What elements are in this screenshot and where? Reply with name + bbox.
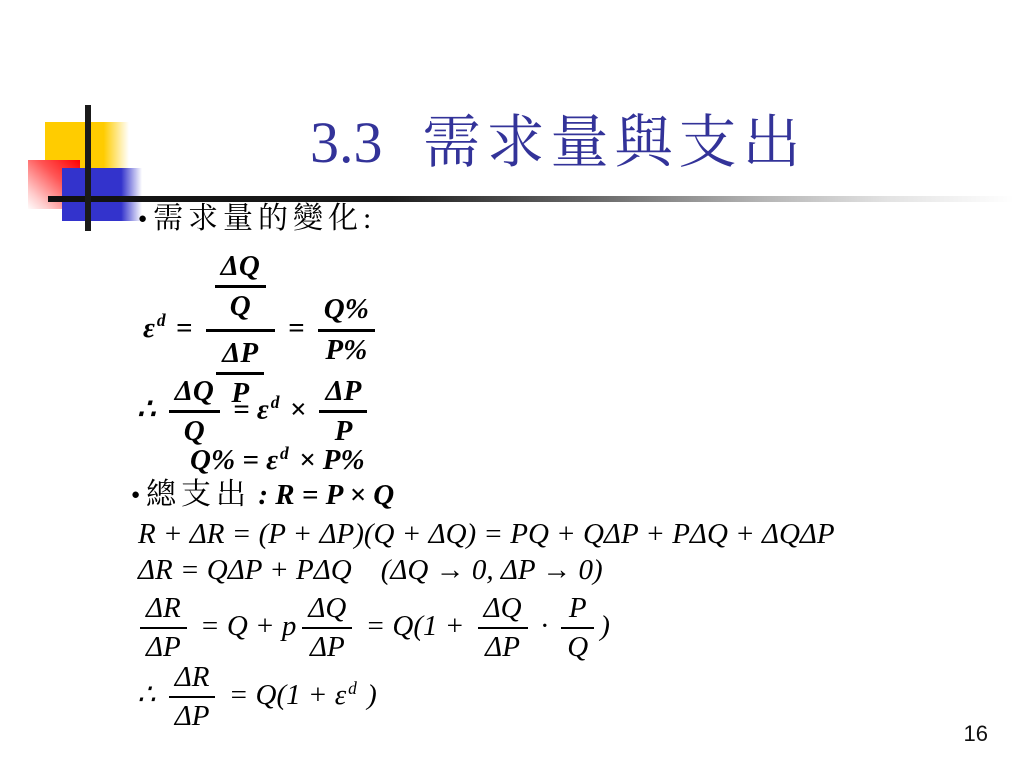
slide-title-text: 需求量與支出 [423, 110, 807, 175]
formula-marginal-revenue: ΔRΔP = Q + pΔQΔP = Q(1 + ΔQΔP · PQ) [134, 592, 610, 665]
bullet-demand-quantity-change: ●需求量的變化: [138, 201, 376, 239]
page-number: 16 [964, 721, 988, 747]
fraction: ΔRΔP [140, 592, 187, 665]
fraction: Q%P% [318, 293, 375, 367]
fraction: ΔQQ [215, 250, 266, 324]
slide-title-number: 3.3 [310, 110, 383, 175]
formula-expenditure-expansion: R + ΔR = (P + ΔP)(Q + ΔQ) = PQ + QΔP + P… [138, 516, 835, 552]
decoration-vertical-line [85, 105, 91, 231]
formula-delta-r: ΔR = QΔP + PΔQ (ΔQ → 0, ΔP → 0) [138, 552, 603, 588]
fraction: ΔRΔP [169, 661, 216, 734]
formula-percent-form: Q% = εd × P% [190, 442, 365, 481]
slide: 3.3需求量與支出 ●需求量的變化: εd = ΔQQΔPP = Q%P% ∴ … [0, 0, 1024, 768]
bullet-icon: ● [131, 487, 140, 503]
bullet-icon: ● [138, 211, 147, 227]
fraction: PQ [561, 592, 594, 665]
bullet-total-expenditure: ●總支出 : R = P × Q [131, 477, 394, 515]
fraction: ΔQQ [169, 375, 220, 449]
fraction: ΔQΔP [478, 592, 528, 665]
formula-quantity-change: ∴ ΔQQ = εd × ΔPP [137, 375, 373, 449]
fraction: ΔPP [319, 375, 367, 449]
slide-title: 3.3需求量與支出 [310, 112, 807, 174]
decoration-blue-square [62, 168, 142, 221]
fraction: ΔQΔP [302, 592, 352, 665]
formula-marginal-revenue-elasticity: ∴ ΔRΔP = Q(1 + εd ) [137, 661, 377, 734]
